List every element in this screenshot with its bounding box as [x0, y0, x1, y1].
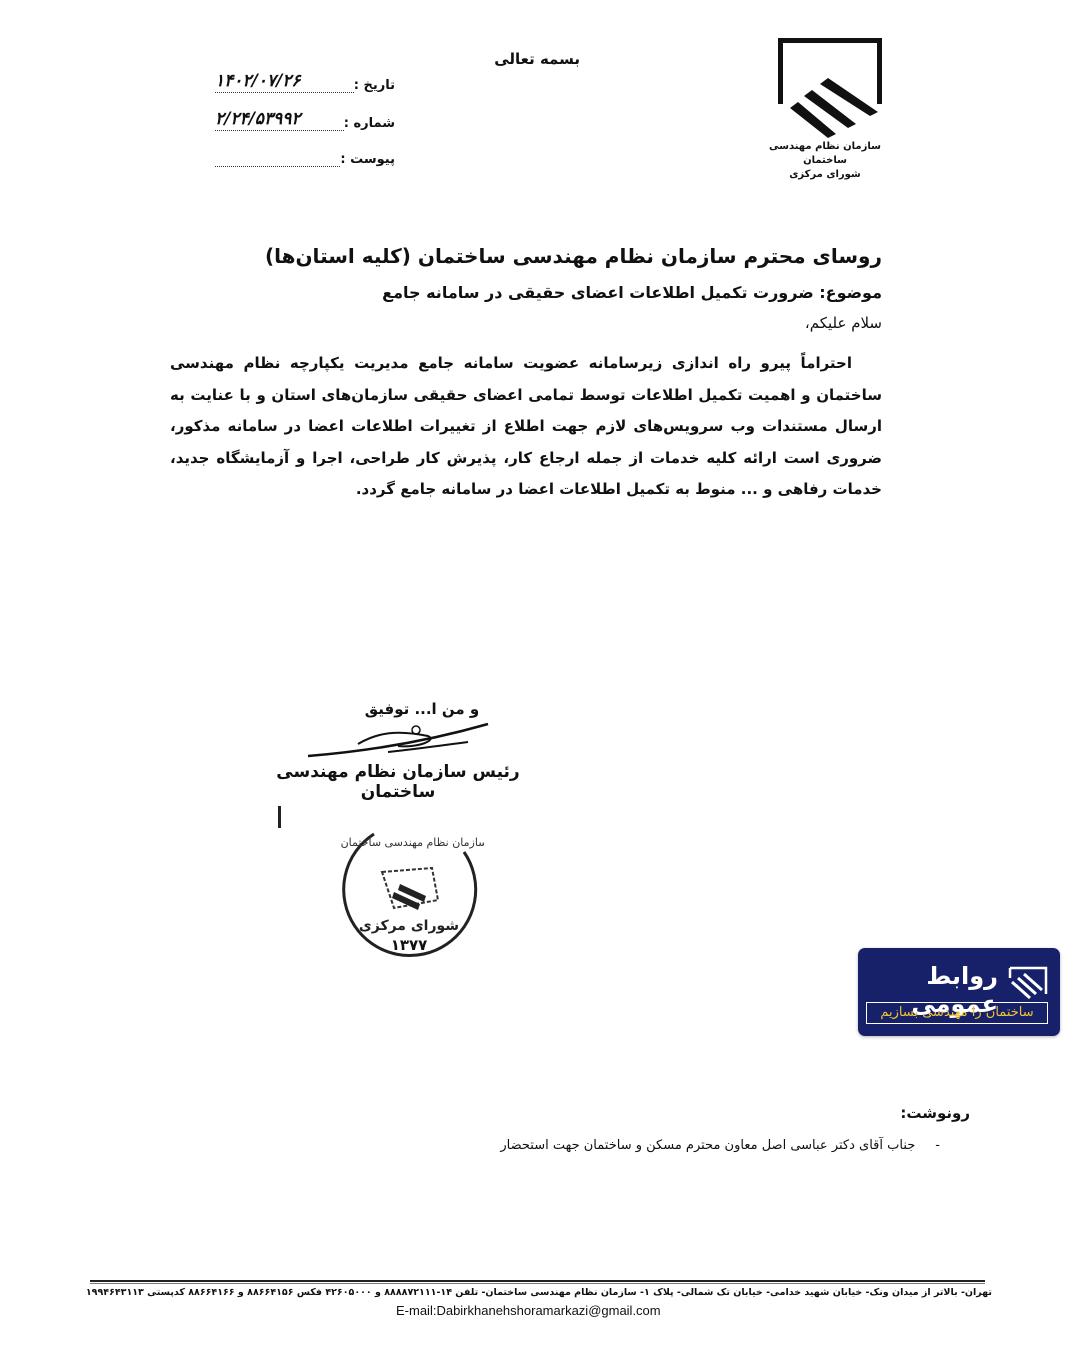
- date-value: ۱۴۰۲/۰۷/۲۶: [215, 71, 354, 93]
- badge-slogan: ساختمان را مهندسی بسازیم: [866, 1002, 1048, 1024]
- body-paragraph: احتراماً پیرو راه اندازی زیرسامانه عضویت…: [170, 348, 882, 506]
- handwritten-signature-icon: [298, 722, 498, 762]
- closing-phrase: و من ا... توفیق: [292, 700, 552, 718]
- signature-block: و من ا... توفیق رئیس سازمان نظام مهندسی …: [268, 700, 528, 802]
- number-row: شماره : ۲/۲۴/۵۳۹۹۲: [215, 93, 395, 131]
- attachment-row: پیوست :: [215, 131, 395, 167]
- date-label: تاریخ :: [354, 78, 395, 93]
- building-logo-icon: [1006, 964, 1050, 1000]
- public-relations-badge: روابط عمومی ساختمان را مهندسی بسازیم: [858, 948, 1060, 1036]
- building-stripes-icon: [784, 68, 880, 138]
- footer-address: تهران- بالاتر از میدان ونک- خیابان شهید …: [72, 1287, 992, 1298]
- footer-email: E-mail:Dabirkhanehshoramarkazi@gmail.com: [396, 1303, 661, 1318]
- stamp-council: شورای مرکزی: [359, 918, 459, 934]
- footer-divider-thin: [90, 1283, 985, 1284]
- cc-label: رونوشت:: [900, 1104, 970, 1122]
- cc-bullet: -: [935, 1138, 940, 1153]
- logo-caption: سازمان نظام مهندسی ساختمان شورای مرکزی: [760, 140, 890, 182]
- cc-text: جناب آقای دکتر عباسی اصل معاون محترم مسک…: [500, 1138, 915, 1153]
- signature-scribble: [268, 722, 528, 756]
- letter-meta: تاریخ : ۱۴۰۲/۰۷/۲۶ شماره : ۲/۲۴/۵۳۹۹۲ پی…: [215, 55, 395, 167]
- greeting: سلام علیکم،: [805, 314, 882, 332]
- attachment-value: [215, 165, 340, 167]
- addressee: روسای محترم سازمان نظام مهندسی ساختمان (…: [265, 244, 882, 268]
- attachment-label: پیوست :: [340, 152, 395, 167]
- number-label: شماره :: [344, 116, 395, 131]
- stamp-year: ۱۳۷۷: [391, 936, 428, 954]
- letter-body: احتراماً پیرو راه اندازی زیرسامانه عضویت…: [170, 348, 882, 506]
- bismillah: بسمه تعالی: [494, 50, 580, 68]
- subject: موضوع: ضرورت تکمیل اطلاعات اعضای حقیقی د…: [382, 283, 882, 302]
- official-stamp-icon: شورای مرکزی ۱۳۷۷ سازمان نظام مهندسی ساخت…: [334, 812, 484, 962]
- cc-item: - جناب آقای دکتر عباسی اصل معاون محترم م…: [500, 1138, 940, 1153]
- date-row: تاریخ : ۱۴۰۲/۰۷/۲۶: [215, 55, 395, 93]
- signer-title: رئیس سازمان نظام مهندسی ساختمان: [268, 762, 528, 802]
- organization-logo: سازمان نظام مهندسی ساختمان شورای مرکزی: [770, 32, 890, 182]
- org-sub: شورای مرکزی: [760, 168, 890, 182]
- margin-mark: [278, 806, 281, 828]
- number-value: ۲/۲۴/۵۳۹۹۲: [215, 109, 344, 131]
- org-name: سازمان نظام مهندسی ساختمان: [760, 140, 890, 168]
- footer-divider: [90, 1280, 985, 1282]
- stamp-ring-text: سازمان نظام مهندسی ساختمان: [341, 836, 484, 849]
